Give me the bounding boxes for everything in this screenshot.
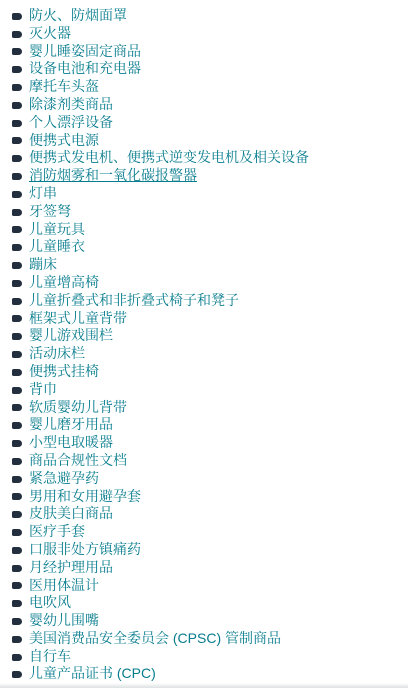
category-link[interactable]: 婴儿游戏围栏 (29, 327, 113, 345)
bullet-icon (12, 600, 22, 607)
bullet-icon (12, 404, 22, 411)
bullet-icon (12, 209, 22, 216)
bullet-icon (12, 476, 22, 483)
category-link[interactable]: 儿童玩具 (29, 221, 85, 239)
list-item: 医疗手套 (12, 523, 408, 541)
bullet-icon (12, 262, 22, 269)
bullet-icon (12, 422, 22, 429)
list-item: 美国消费品安全委员会 (CPSC) 管制商品 (12, 630, 408, 648)
category-link[interactable]: 医用体温计 (29, 577, 99, 595)
list-item: 个人漂浮设备 (12, 114, 408, 132)
bullet-icon (12, 13, 22, 20)
category-link[interactable]: 个人漂浮设备 (29, 114, 113, 132)
bullet-icon (12, 458, 22, 465)
list-item: 框架式儿童背带 (12, 310, 408, 328)
category-link[interactable]: 蹦床 (29, 256, 57, 274)
list-item: 电吹风 (12, 594, 408, 612)
bullet-icon (12, 369, 22, 376)
category-link[interactable]: 便携式发电机、便携式逆变发电机及相关设备 (29, 149, 309, 167)
list-item: 摩托车头盔 (12, 78, 408, 96)
category-link[interactable]: 儿童增高椅 (29, 274, 99, 292)
bullet-icon (12, 654, 22, 661)
list-item: 防火、防烟面罩 (12, 7, 408, 25)
list-item: 婴儿磨牙用品 (12, 416, 408, 434)
bullet-icon (12, 333, 22, 340)
category-link[interactable]: 儿童产品证书 (CPC) (29, 665, 156, 683)
category-link[interactable]: 月经护理用品 (29, 559, 113, 577)
list-item: 灯串 (12, 185, 408, 203)
list-item: 儿童产品证书 (CPC) (12, 665, 408, 683)
list-item: 医用体温计 (12, 577, 408, 595)
category-link[interactable]: 灯串 (29, 185, 57, 203)
category-link[interactable]: 小型电取暖器 (29, 434, 113, 452)
bullet-icon (12, 671, 22, 678)
page-bottom-shadow (0, 683, 408, 688)
category-link[interactable]: 便携式挂椅 (29, 363, 99, 381)
list-item: 背巾 (12, 381, 408, 399)
category-link[interactable]: 商品合规性文档 (29, 452, 127, 470)
category-link[interactable]: 电吹风 (29, 594, 71, 612)
list-item: 牙签弩 (12, 203, 408, 221)
bullet-icon (12, 298, 22, 305)
bullet-icon (12, 315, 22, 322)
list-item: 设备电池和充电器 (12, 60, 408, 78)
category-link[interactable]: 活动床栏 (29, 345, 85, 363)
bullet-icon (12, 244, 22, 251)
category-link[interactable]: 医疗手套 (29, 523, 85, 541)
list-item: 便携式挂椅 (12, 363, 408, 381)
list-item: 活动床栏 (12, 345, 408, 363)
list-item: 便携式电源 (12, 132, 408, 150)
category-link[interactable]: 框架式儿童背带 (29, 310, 127, 328)
compliance-category-list: 防火、防烟面罩 灭火器 婴儿睡姿固定商品 设备电池和充电器 摩托车头盔 除漆剂类… (0, 0, 408, 683)
bullet-icon (12, 102, 22, 109)
bullet-icon (12, 280, 22, 287)
category-link[interactable]: 防火、防烟面罩 (29, 7, 127, 25)
list-item: 消防烟雾和一氧化碳报警器 (12, 167, 408, 185)
category-link[interactable]: 美国消费品安全委员会 (CPSC) 管制商品 (29, 630, 281, 648)
bullet-icon (12, 31, 22, 38)
category-link[interactable]: 除漆剂类商品 (29, 96, 113, 114)
list-item: 商品合规性文档 (12, 452, 408, 470)
bullet-icon (12, 529, 22, 536)
list-item: 儿童增高椅 (12, 274, 408, 292)
list-item: 儿童睡衣 (12, 238, 408, 256)
list-item: 便携式发电机、便携式逆变发电机及相关设备 (12, 149, 408, 167)
bullet-icon (12, 440, 22, 447)
list-item: 儿童折叠式和非折叠式椅子和凳子 (12, 292, 408, 310)
list-item: 灭火器 (12, 25, 408, 43)
category-link[interactable]: 自行车 (29, 648, 71, 666)
list-item: 蹦床 (12, 256, 408, 274)
bullet-icon (12, 66, 22, 73)
list-item: 婴儿睡姿固定商品 (12, 43, 408, 61)
category-link[interactable]: 消防烟雾和一氧化碳报警器 (29, 167, 197, 185)
bullet-icon (12, 137, 22, 144)
list-item: 小型电取暖器 (12, 434, 408, 452)
category-link[interactable]: 便携式电源 (29, 132, 99, 150)
list-item: 婴儿游戏围栏 (12, 327, 408, 345)
bullet-icon (12, 511, 22, 518)
category-link[interactable]: 软质婴幼儿背带 (29, 399, 127, 417)
category-link[interactable]: 灭火器 (29, 25, 71, 43)
category-link[interactable]: 紧急避孕药 (29, 470, 99, 488)
category-link[interactable]: 牙签弩 (29, 203, 71, 221)
category-link[interactable]: 背巾 (29, 381, 57, 399)
list-item: 月经护理用品 (12, 559, 408, 577)
bullet-icon (12, 618, 22, 625)
list-item: 除漆剂类商品 (12, 96, 408, 114)
category-link[interactable]: 摩托车头盔 (29, 78, 99, 96)
list-item: 紧急避孕药 (12, 470, 408, 488)
list-item: 自行车 (12, 648, 408, 666)
bullet-icon (12, 547, 22, 554)
bullet-icon (12, 636, 22, 643)
category-link[interactable]: 男用和女用避孕套 (29, 488, 141, 506)
list-item: 儿童玩具 (12, 221, 408, 239)
bullet-icon (12, 120, 22, 127)
category-link[interactable]: 婴幼儿围嘴 (29, 612, 99, 630)
bullet-icon (12, 191, 22, 198)
list-item: 婴幼儿围嘴 (12, 612, 408, 630)
bullet-icon (12, 565, 22, 572)
bullet-icon (12, 173, 22, 180)
list-item: 软质婴幼儿背带 (12, 399, 408, 417)
list-item: 男用和女用避孕套 (12, 488, 408, 506)
bullet-icon (12, 84, 22, 91)
list-item: 口服非处方镇痛药 (12, 541, 408, 559)
category-link[interactable]: 设备电池和充电器 (29, 60, 141, 78)
bullet-icon (12, 582, 22, 589)
bullet-icon (12, 351, 22, 358)
bullet-icon (12, 226, 22, 233)
category-link[interactable]: 婴儿睡姿固定商品 (29, 43, 141, 61)
category-link[interactable]: 口服非处方镇痛药 (29, 541, 141, 559)
category-link[interactable]: 儿童折叠式和非折叠式椅子和凳子 (29, 292, 239, 310)
category-link[interactable]: 皮肤美白商品 (29, 505, 113, 523)
category-link[interactable]: 婴儿磨牙用品 (29, 416, 113, 434)
category-link[interactable]: 儿童睡衣 (29, 238, 85, 256)
bullet-icon (12, 387, 22, 394)
bullet-icon (12, 493, 22, 500)
bullet-icon (12, 155, 22, 162)
list-item: 皮肤美白商品 (12, 505, 408, 523)
bullet-icon (12, 48, 22, 55)
